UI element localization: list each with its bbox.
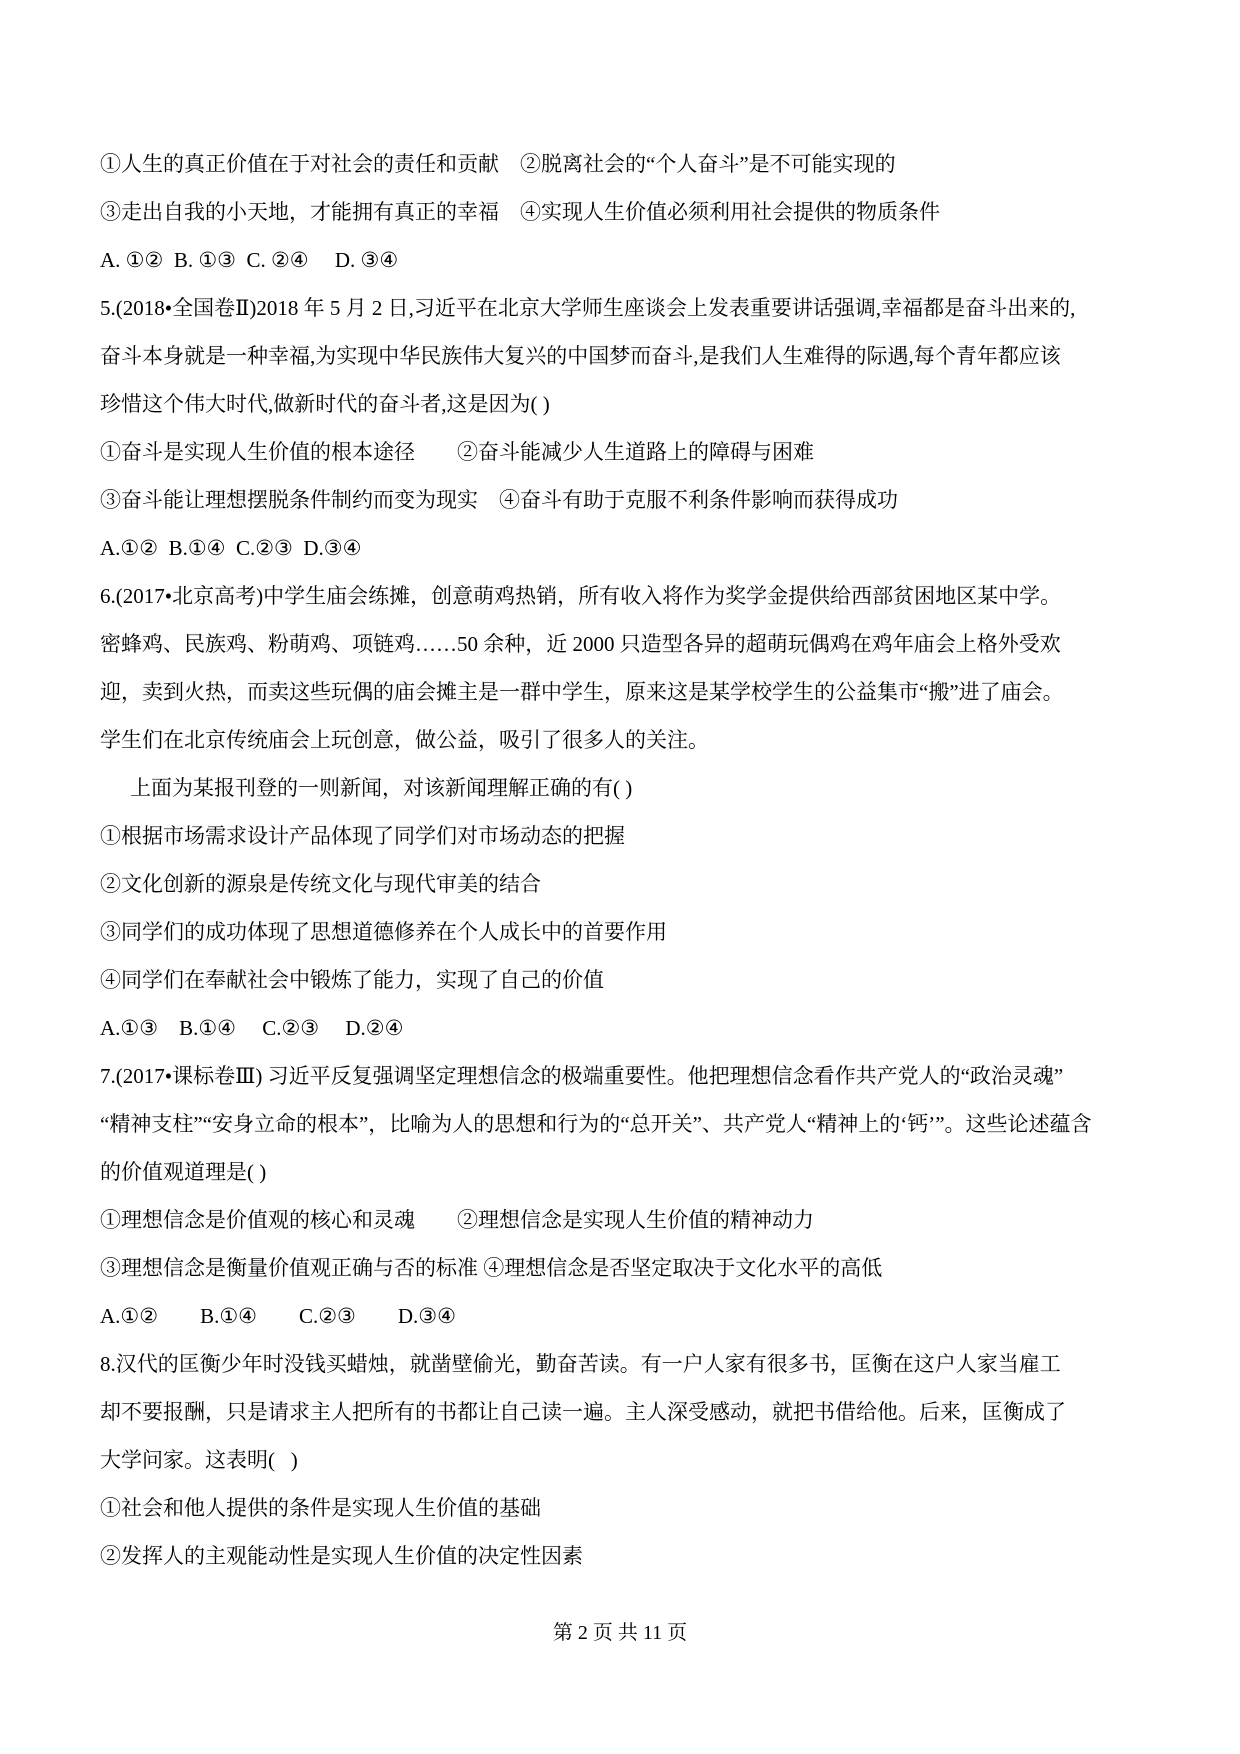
document-body: ①人生的真正价值在于对社会的责任和贡献 ②脱离社会的“个人奋斗”是不可能实现的 … <box>100 140 1144 1580</box>
q6-statement-4: ④同学们在奉献社会中锻炼了能力，实现了自己的价值 <box>100 956 1144 1004</box>
q7-stem-line-2: “精神支柱”“安身立命的根本”，比喻为人的思想和行为的“总开关”、共产党人“精神… <box>100 1100 1144 1148</box>
q6-question-line: 上面为某报刊登的一则新闻，对该新闻理解正确的有( ) <box>100 764 1144 812</box>
q8-statement-2: ②发挥人的主观能动性是实现人生价值的决定性因素 <box>100 1532 1144 1580</box>
q6-statement-2: ②文化创新的源泉是传统文化与现代审美的结合 <box>100 860 1144 908</box>
q6-stem-line-1: 6.(2017•北京高考)中学生庙会练摊，创意萌鸡热销，所有收入将作为奖学金提供… <box>100 572 1144 620</box>
q7-statements-line-1: ①理想信念是价值观的核心和灵魂 ②理想信念是实现人生价值的精神动力 <box>100 1196 1144 1244</box>
q5-answer-choices: A.①② B.①④ C.②③ D.③④ <box>100 524 1144 572</box>
q5-stem-line-3: 珍惜这个伟大时代,做新时代的奋斗者,这是因为( ) <box>100 380 1144 428</box>
q6-statement-3: ③同学们的成功体现了思想道德修养在个人成长中的首要作用 <box>100 908 1144 956</box>
q6-stem-line-3: 迎，卖到火热，而卖这些玩偶的庙会摊主是一群中学生，原来这是某学校学生的公益集市“… <box>100 668 1144 716</box>
q7-answer-choices: A.①② B.①④ C.②③ D.③④ <box>100 1292 1144 1340</box>
q4-statements-line-2: ③走出自我的小天地，才能拥有真正的幸福 ④实现人生价值必须利用社会提供的物质条件 <box>100 188 1144 236</box>
q5-statements-line-2: ③奋斗能让理想摆脱条件制约而变为现实 ④奋斗有助于克服不利条件影响而获得成功 <box>100 476 1144 524</box>
page-number-footer: 第 2 页 共 11 页 <box>0 1618 1240 1648</box>
q6-stem-line-4: 学生们在北京传统庙会上玩创意，做公益，吸引了很多人的关注。 <box>100 716 1144 764</box>
q5-stem-line-1: 5.(2018•全国卷Ⅱ)2018 年 5 月 2 日,习近平在北京大学师生座谈… <box>100 284 1144 332</box>
q4-statements-line-1: ①人生的真正价值在于对社会的责任和贡献 ②脱离社会的“个人奋斗”是不可能实现的 <box>100 140 1144 188</box>
q7-stem-line-3: 的价值观道理是( ) <box>100 1148 1144 1196</box>
q8-stem-line-3: 大学问家。这表明( ) <box>100 1436 1144 1484</box>
q7-stem-line-1: 7.(2017•课标卷Ⅲ) 习近平反复强调坚定理想信念的极端重要性。他把理想信念… <box>100 1052 1144 1100</box>
q6-answer-choices: A.①③ B.①④ C.②③ D.②④ <box>100 1004 1144 1052</box>
q6-stem-line-2: 密蜂鸡、民族鸡、粉萌鸡、项链鸡……50 余种，近 2000 只造型各异的超萌玩偶… <box>100 620 1144 668</box>
q8-statement-1: ①社会和他人提供的条件是实现人生价值的基础 <box>100 1484 1144 1532</box>
q7-statements-line-2: ③理想信念是衡量价值观正确与否的标准 ④理想信念是否坚定取决于文化水平的高低 <box>100 1244 1144 1292</box>
document-page: ①人生的真正价值在于对社会的责任和贡献 ②脱离社会的“个人奋斗”是不可能实现的 … <box>0 0 1240 1754</box>
q4-answer-choices: A. ①② B. ①③ C. ②④ D. ③④ <box>100 236 1144 284</box>
q6-statement-1: ①根据市场需求设计产品体现了同学们对市场动态的把握 <box>100 812 1144 860</box>
q5-stem-line-2: 奋斗本身就是一种幸福,为实现中华民族伟大复兴的中国梦而奋斗,是我们人生难得的际遇… <box>100 332 1144 380</box>
q8-stem-line-1: 8.汉代的匡衡少年时没钱买蜡烛，就凿壁偷光，勤奋苦读。有一户人家有很多书，匡衡在… <box>100 1340 1144 1388</box>
q5-statements-line-1: ①奋斗是实现人生价值的根本途径 ②奋斗能减少人生道路上的障碍与困难 <box>100 428 1144 476</box>
q8-stem-line-2: 却不要报酬，只是请求主人把所有的书都让自己读一遍。主人深受感动，就把书借给他。后… <box>100 1388 1144 1436</box>
